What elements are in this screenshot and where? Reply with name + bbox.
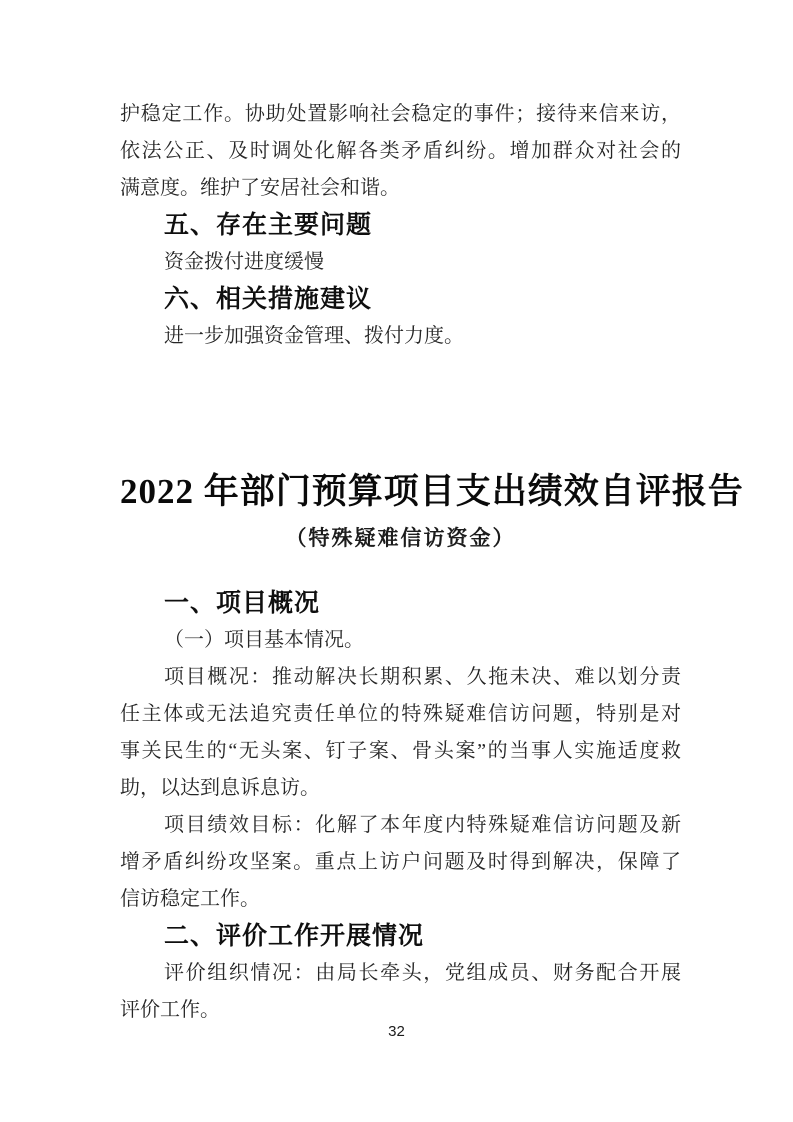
document-page: 护稳定工作。协助处置影响社会稳定的事件；接待来信来访， 依法公正、及时调处化解各… [0, 0, 793, 1122]
paragraph-line: 信访稳定工作。 [120, 881, 681, 918]
section-heading-project-overview: 一、项目概况 [120, 585, 681, 622]
page-content: 护稳定工作。协助处置影响社会稳定的事件；接待来信来访， 依法公正、及时调处化解各… [120, 96, 681, 1029]
paragraph-line: 项目绩效目标：化解了本年度内特殊疑难信访问题及新 [120, 807, 681, 844]
paragraph-line: 依法公正、及时调处化解各类矛盾纠纷。增加群众对社会的 [120, 133, 681, 170]
paragraph-line: 满意度。维护了安居社会和谐。 [120, 170, 681, 207]
subsection-heading-basic-situation: （一）项目基本情况。 [120, 622, 681, 659]
paragraph-line: 资金拨付进度缓慢 [120, 244, 681, 281]
paragraph-line: 护稳定工作。协助处置影响社会稳定的事件；接待来信来访， [120, 96, 681, 133]
paragraph-line: 事关民生的“无头案、钉子案、骨头案”的当事人实施适度救 [120, 733, 681, 770]
paragraph-line: 增矛盾纠纷攻坚案。重点上访户问题及时得到解决，保障了 [120, 844, 681, 881]
paragraph-line: 评价组织情况：由局长牵头，党组成员、财务配合开展 [120, 955, 681, 992]
page-number: 32 [0, 1022, 793, 1042]
section-heading-evaluation-work: 二、评价工作开展情况 [120, 918, 681, 955]
section-heading-existing-problems: 五、存在主要问题 [120, 207, 681, 244]
report-title: 2022 年部门预算项目支出绩效自评报告 [120, 470, 681, 514]
section-heading-suggested-measures: 六、相关措施建议 [120, 281, 681, 318]
paragraph-line: 任主体或无法追究责任单位的特殊疑难信访问题，特别是对 [120, 696, 681, 733]
paragraph-line: 项目概况：推动解决长期积累、久拖未决、难以划分责 [120, 659, 681, 696]
paragraph-line: 进一步加强资金管理、拨付力度。 [120, 318, 681, 355]
report-subtitle: （特殊疑难信访资金） [120, 524, 681, 552]
paragraph-line: 助，以达到息诉息访。 [120, 770, 681, 807]
